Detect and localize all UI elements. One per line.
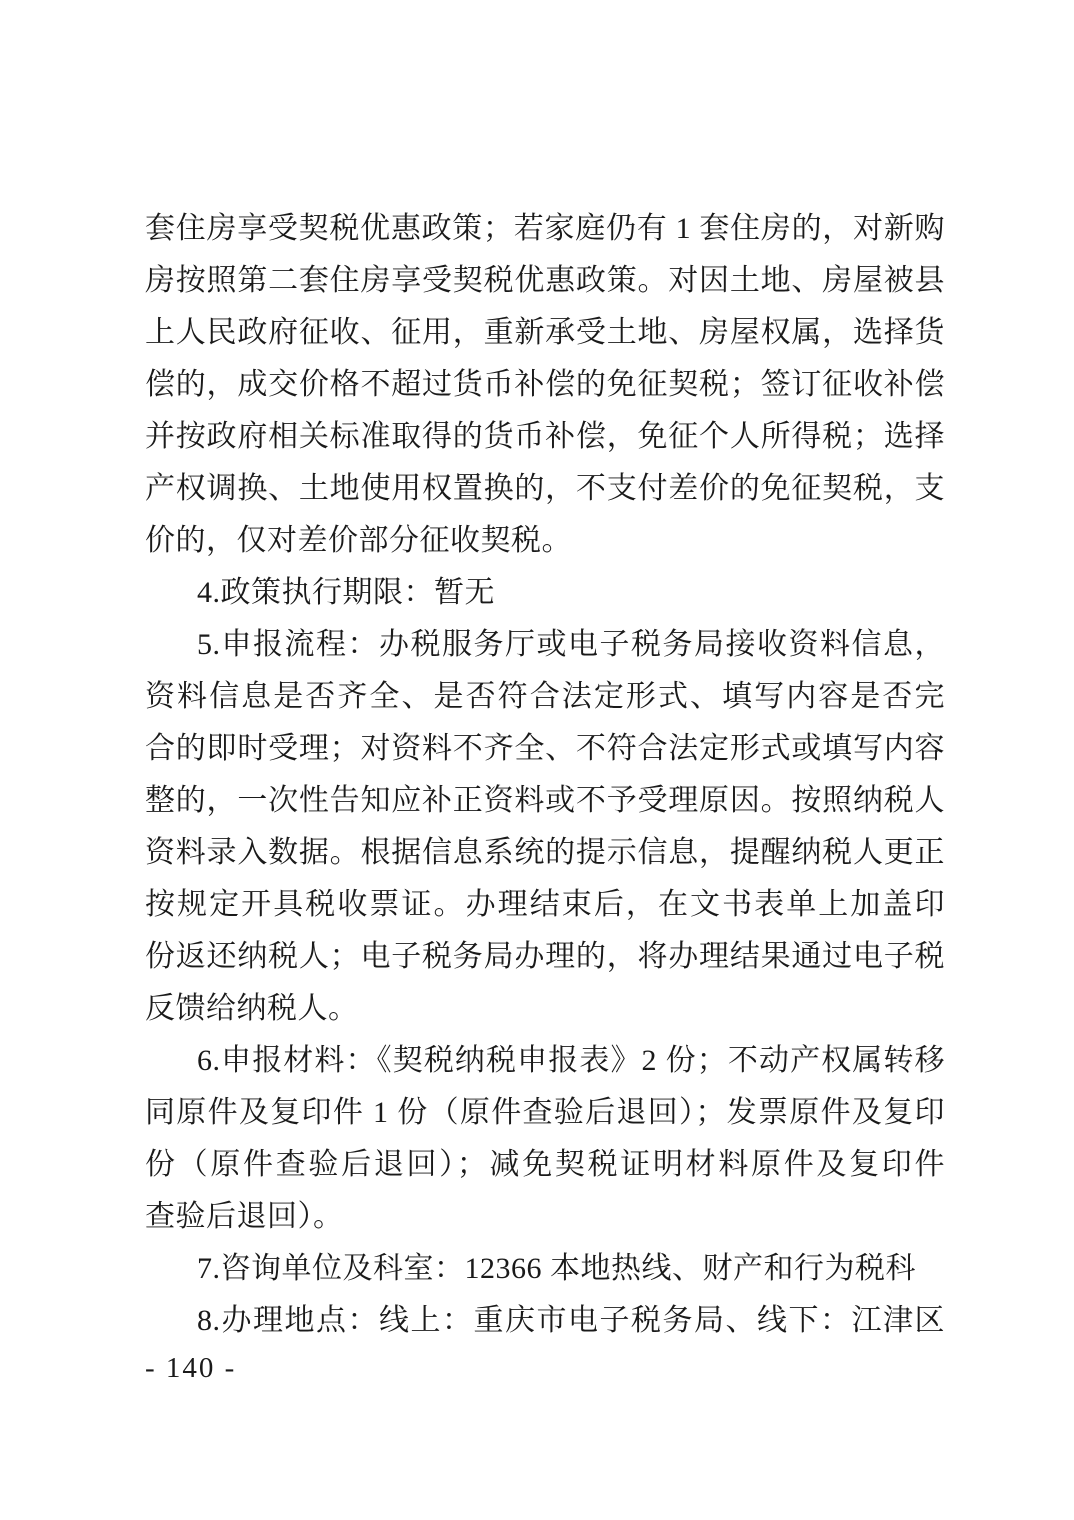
text-line: 8.办理地点：线上：重庆市电子税务局、线下：江津区税务 bbox=[145, 1295, 945, 1347]
text-line: 份（原件查验后退回）；减免契税证明材料原件及复印件（原件 bbox=[145, 1139, 945, 1191]
text-line: 7.咨询单位及科室：12366 本地热线、财产和行为税科 bbox=[145, 1243, 945, 1295]
text-line: 房按照第二套住房享受契税优惠政策。对因土地、房屋被县级以 bbox=[145, 255, 945, 307]
text-line: 4.政策执行期限：暂无 bbox=[145, 567, 945, 619]
text-line: 价的，仅对差价部分征收契税。 bbox=[145, 515, 945, 567]
page-number: - 140 - bbox=[145, 1350, 236, 1386]
text-line: 并按政府相关标准取得的货币补偿，免征个人所得税；选择房屋 bbox=[145, 411, 945, 463]
document-page: 套住房享受契税优惠政策；若家庭仍有 1 套住房的，对新购住房按照第二套住房享受契… bbox=[0, 0, 1074, 1520]
text-line: 份返还纳税人；电子税务局办理的，将办理结果通过电子税务局 bbox=[145, 931, 945, 983]
text-line: 资料信息是否齐全、是否符合法定形式、填写内容是否完整，符 bbox=[145, 671, 945, 723]
text-line: 偿的，成交价格不超过货币补偿的免征契税；签订征收补偿协议 bbox=[145, 359, 945, 411]
text-line: 按规定开具税收票证。办理结束后，在文书表单上加盖印章，一 bbox=[145, 879, 945, 931]
text-line: 产权调换、土地使用权置换的，不支付差价的免征契税，支付差 bbox=[145, 463, 945, 515]
text-line: 同原件及复印件 1 份（原件查验后退回）；发票原件及复印件 1 bbox=[145, 1087, 945, 1139]
text-line: 6.申报材料：《契税纳税申报表》2 份；不动产权属转移合 bbox=[145, 1035, 945, 1087]
text-line: 5.申报流程：办税服务厅或电子税务局接收资料信息，核对 bbox=[145, 619, 945, 671]
text-line: 套住房享受契税优惠政策；若家庭仍有 1 套住房的，对新购住 bbox=[145, 203, 945, 255]
text-line: 资料录入数据。根据信息系统的提示信息，提醒纳税人更正纠错。 bbox=[145, 827, 945, 879]
document-body: 套住房享受契税优惠政策；若家庭仍有 1 套住房的，对新购住房按照第二套住房享受契… bbox=[145, 203, 945, 1347]
text-line: 整的，一次性告知应补正资料或不予受理原因。按照纳税人报送 bbox=[145, 775, 945, 827]
text-line: 反馈给纳税人。 bbox=[145, 983, 945, 1035]
text-line: 上人民政府征收、征用，重新承受土地、房屋权属，选择货币补 bbox=[145, 307, 945, 359]
text-line: 合的即时受理；对资料不齐全、不符合法定形式或填写内容不完 bbox=[145, 723, 945, 775]
text-line: 查验后退回）。 bbox=[145, 1191, 945, 1243]
